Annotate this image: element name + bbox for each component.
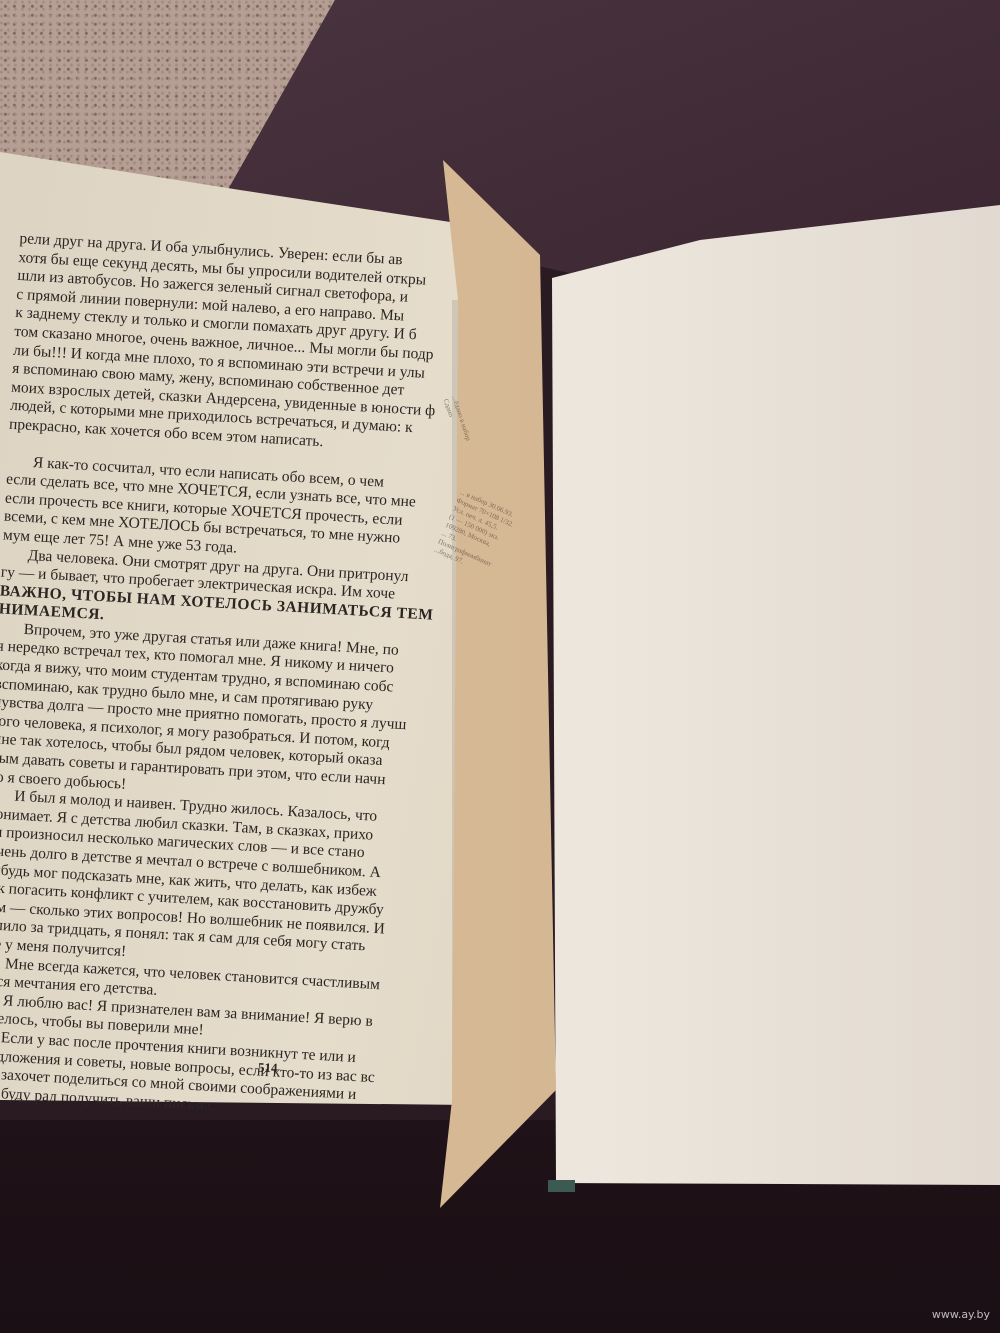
- page-number: 514: [258, 1060, 278, 1077]
- left-page-text: рели друг на друга. И оба улыбнулись. Ув…: [0, 230, 469, 1134]
- watermark: www.ay.by: [932, 1308, 990, 1321]
